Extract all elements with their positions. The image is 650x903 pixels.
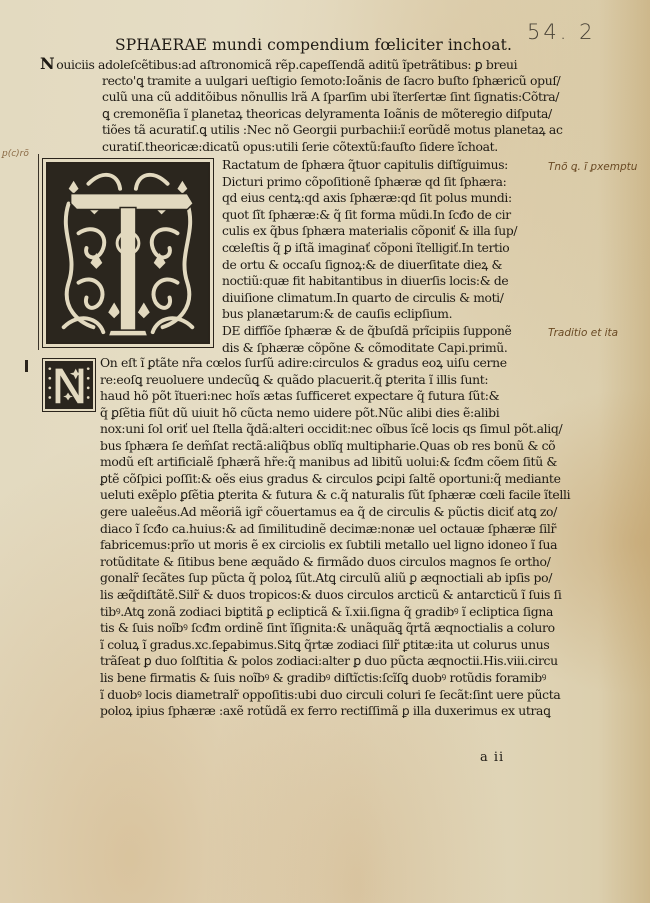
margin-annotation-right-2: Traditio et ita	[548, 327, 618, 339]
text-line: ĩ coluꝝ ĩ gradus.xc.ſeꝑabimus.Sitꝗ q̃rtæ…	[100, 637, 570, 654]
text-line: lis bene firmatis & ſuis noĩbꝰ & gradibꝰ…	[100, 670, 570, 687]
text-line: bus planætarum:& de cauſis eclipſium.	[222, 306, 517, 323]
intro-line: tiões tã acuratiſ.ꝗ utilis :Nec nõ Georg…	[40, 122, 563, 139]
book-page: 54. 2 SPHAERAE mundi compendium fœlicite…	[0, 0, 650, 903]
text-line: quot ſĩt ſphæræ:& q̃ ſit forma mũdi.In ſ…	[222, 207, 517, 224]
text-line: Dicturi primo cõpoſitionẽ ſphæræ qd ſit …	[222, 174, 517, 191]
intro-line: recto'ꝗ tramite a uulgari ueſtigio ſemot…	[40, 73, 563, 90]
intro-line: culũ una cũ additõibus nõnullis lrã A ſp…	[40, 89, 563, 106]
foliate-initial-t-icon	[48, 164, 208, 342]
intro-initial: N	[40, 54, 54, 73]
text-line: tis & ſuis noĩbꝰ ſcđm ordinẽ ſint ĩſigni…	[100, 620, 570, 637]
text-line: haud hõ põt ĩtueri:nec hoĩs ætas ſuffice…	[100, 388, 507, 405]
pencil-folio-number: 54. 2	[527, 20, 595, 44]
chapter-intro-text: Ractatum de ſphæra q̃tuor capitulis diſt…	[222, 157, 517, 356]
text-line: poloꝝ ipius ſphæræ :axẽ rotũdã ex ferro …	[100, 703, 570, 720]
intro-paragraph: Nouiciis adoleſcẽtibus:ad aſtronomicã rẽ…	[40, 56, 563, 156]
text-line: rotũditate & ſitibus bene æquãdo & firmã…	[100, 554, 570, 571]
chapter-one-text-cont: nox:uni ſol oriť uel ſtella q̃dã:alteri …	[100, 421, 570, 720]
text-line: q̃ ꝑſẽtia fiũt dũ uiuit hõ cũcta nemo ui…	[100, 405, 507, 422]
text-line: On eſt ĩ ꝑtãte nr̃a cœlos ſurſũ adire:ci…	[100, 355, 507, 372]
text-line: culis ex q̃bus ſphæra materialis cõponiť…	[222, 223, 517, 240]
intro-line: Nouiciis adoleſcẽtibus:ad aſtronomicã rẽ…	[40, 56, 563, 73]
text-line: lis æq̃diſtãtẽ.Silr̃ & duos tropicos:& d…	[100, 587, 570, 604]
text-line: bus ſphæra ſe dem̃ſat rectã:aliq̃bus obl…	[100, 438, 570, 455]
text-line: noctiũ:quæ fit habitantibus in diuerſis …	[222, 273, 517, 290]
intro-line: curatiſ.theoricæ:dicatũ opus:utili ſerie…	[40, 139, 563, 156]
text-line: re:eoſꝗ reuoluere undecũꝗ & quãdo placue…	[100, 372, 507, 389]
text-line: cœleſtis q̃ ꝑ iſtã imaginať cõponi ĩtell…	[222, 240, 517, 257]
page-title: SPHAERAE mundi compendium fœliciter inch…	[115, 36, 512, 54]
woodcut-initial-N	[42, 358, 96, 412]
text-line: tibꝰ.Atꝗ zonã zodiaci biꝑtitã ꝑ ecliptic…	[100, 604, 570, 621]
text-line: de ortu & occaſu ſignoꝝ:& de diuerſitate…	[222, 257, 517, 274]
text-line: nox:uni ſol oriť uel ſtella q̃dã:alteri …	[100, 421, 570, 438]
woodcut-initial-T	[42, 158, 214, 348]
text-line: fabricemus:prĩo ut moris ẽ ex circiolis …	[100, 537, 570, 554]
chapter-heading-line: dis & ſphæræ cõpõne & cõmoditate Capi.pr…	[222, 340, 517, 357]
text-line: gonalr̃ ſecãtes ſup pũcta q̃ poloꝝ ſũt.A…	[100, 570, 570, 587]
paragraph-mark	[25, 360, 28, 372]
text-line: gere ualeẽus.Ad mẽoriã igr̃ cõuertamus e…	[100, 504, 570, 521]
text-line: Ractatum de ſphæra q̃tuor capitulis diſt…	[222, 157, 517, 174]
text-line: modũ eſt artificialẽ ſphærã hr̃e:q̃ mani…	[100, 454, 570, 471]
margin-annotation-left: ꝑ(c)rõ	[2, 149, 29, 159]
margin-rule	[38, 154, 39, 350]
text-line: ueluti exẽplo ꝑſẽtia ꝑterita & futura & …	[100, 487, 570, 504]
margin-annotation-right-1: Tnõ ꝗ. ĩ ꝑxemptu	[548, 161, 637, 173]
chapter-one-text: On eſt ĩ ꝑtãte nr̃a cœlos ſurſũ adire:ci…	[100, 355, 507, 421]
text-line: ĩ duobꝰ locis diametralr̃ oppoſitis:ubi …	[100, 687, 570, 704]
text-line: ꝑtẽ cõſpici poſſit:& oẽs eius gradus & c…	[100, 471, 570, 488]
intro-line: ꝗ cremonẽſia ĩ planetaꝝ theoricas delyra…	[40, 106, 563, 123]
initial-n-icon	[45, 361, 93, 409]
text-line: diuiſione climatum.In quarto de circulis…	[222, 290, 517, 307]
signature-mark: a ii	[480, 750, 504, 765]
text-line: diaco ĩ ſcđo ca.huius:& ad ſimilitudinẽ …	[100, 521, 570, 538]
chapter-heading-line: DE diffĩõe ſphæræ & de q̃buſdã prĩcipiis…	[222, 323, 517, 340]
text-line: trãſeat ꝑ duo ſolſtitia & polos zodiaci:…	[100, 653, 570, 670]
text-line: qd eius centꝝ:qd axis ſphæræ:qd ſit polu…	[222, 190, 517, 207]
